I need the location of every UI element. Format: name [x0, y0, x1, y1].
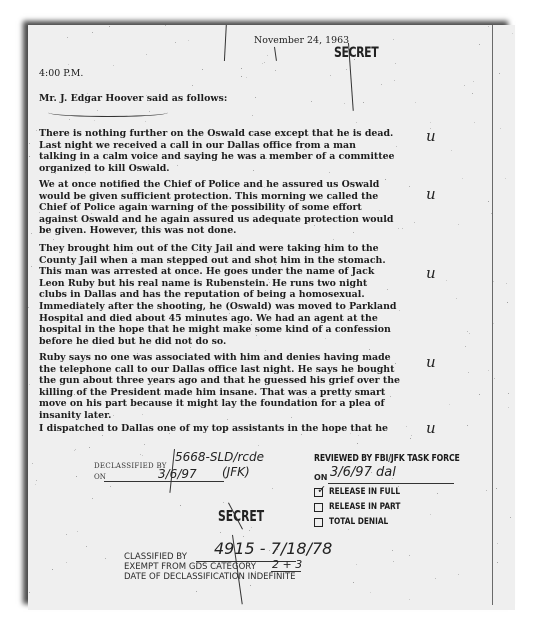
pen-stroke: [274, 47, 277, 61]
paragraph-5: I dispatched to Dallas one of my top ass…: [39, 423, 388, 435]
salutation: Mr. J. Edgar Hoover said as follows:: [39, 93, 227, 104]
text-line: killing of the President made him insane…: [39, 387, 400, 399]
text-line: Ruby says no one was associated with him…: [39, 352, 400, 364]
text-line: This man was arrested at once. He goes u…: [39, 266, 396, 278]
review-on-line: [328, 483, 454, 484]
option-label: RELEASE IN PART: [329, 502, 400, 512]
text-line: We at once notified the Chief of Police …: [39, 179, 393, 191]
text-line: Hospital and died about 45 minutes ago. …: [39, 313, 396, 325]
secret-stamp-top: SECRET: [334, 45, 378, 61]
text-line: Last night we received a call in our Dal…: [39, 140, 395, 152]
paragraph-3: They brought him out of the City Jail an…: [39, 243, 396, 347]
option-total-denial: TOTAL DENIAL: [314, 517, 401, 527]
text-line: There is nothing further on the Oswald c…: [39, 128, 395, 140]
margin-mark: u: [426, 185, 436, 203]
text-line: be given. However, this was not done.: [39, 225, 393, 237]
text-line: the gun about three years ago and that h…: [39, 375, 400, 387]
checkbox-checked: ✓: [314, 488, 323, 497]
text-line: organized to kill Oswald.: [39, 163, 395, 175]
margin-mark: u: [426, 353, 436, 371]
check-icon: ✓: [317, 483, 326, 496]
text-line: Leon Ruby but his real name is Rubenstei…: [39, 278, 396, 290]
handwritten-declassified-by: 5668-SLD/rcde: [175, 450, 264, 464]
handwritten-declassified-date: 3/6/97: [158, 467, 197, 481]
checkbox-unchecked: [314, 503, 323, 512]
secret-stamp-bottom: SECRET: [218, 507, 264, 525]
handwritten-category: 2 + 3: [272, 558, 302, 571]
declassified-line: [104, 481, 224, 482]
handwritten-classified-by: 4915 - 7/18/78: [214, 539, 332, 558]
text-line: against Oswald and he again assured us a…: [39, 214, 393, 226]
text-line: County Jail when a man stepped out and s…: [39, 255, 396, 267]
handwritten-review-date: 3/6/97 dal: [330, 465, 396, 480]
text-line: They brought him out of the City Jail an…: [39, 243, 396, 255]
margin-mark: u: [426, 419, 436, 437]
option-label: RELEASE IN FULL: [329, 487, 400, 497]
option-release-in-full: ✓ RELEASE IN FULL: [314, 487, 416, 497]
margin-rule: [492, 25, 493, 605]
option-release-in-part: RELEASE IN PART: [314, 502, 416, 512]
margin-mark: u: [426, 264, 436, 282]
text-line: would be given sufficient protection. Th…: [39, 191, 393, 203]
paragraph-1: There is nothing further on the Oswald c…: [39, 128, 395, 174]
text-line: move on his part because it might lay th…: [39, 398, 400, 410]
text-line: Immediately after the shooting, he (Oswa…: [39, 301, 396, 313]
pen-stroke: [224, 25, 227, 61]
text-line: before he died but he did not do so.: [39, 336, 396, 348]
category-line: [271, 571, 301, 572]
text-line: Chief of Police again warning of the pos…: [39, 202, 393, 214]
declassified-label: DECLASSIFIED BY: [94, 462, 167, 470]
text-line: talking in a calm voice and saying he wa…: [39, 151, 395, 163]
paragraph-2: We at once notified the Chief of Police …: [39, 179, 393, 237]
text-line: insanity later.: [39, 410, 400, 422]
document-time: 4:00 P.M.: [39, 68, 83, 79]
handwritten-underline: [48, 108, 168, 117]
paragraph-4: Ruby says no one was associated with him…: [39, 352, 400, 422]
declassified-on-label: ON: [94, 473, 106, 481]
review-stamp-title: REVIEWED BY FBI/JFK TASK FORCE: [314, 453, 460, 464]
document-page: November 24, 1963 SECRET 4:00 P.M. Mr. J…: [28, 25, 515, 610]
text-line: the telephone call to our Dallas office …: [39, 364, 400, 376]
margin-mark: u: [426, 127, 436, 145]
option-label: TOTAL DENIAL: [329, 517, 388, 527]
declassification-date-label: DATE OF DECLASSIFICATION INDEFINITE: [124, 573, 296, 583]
review-on-label: ON: [314, 473, 328, 482]
text-line: clubs in Dallas and has the reputation o…: [39, 289, 396, 301]
text-line: hospital in the hope that he might make …: [39, 324, 396, 336]
checkbox-unchecked: [314, 518, 323, 527]
text-line: I dispatched to Dallas one of my top ass…: [39, 423, 388, 435]
handwritten-declassified-note: (JFK): [222, 465, 250, 479]
